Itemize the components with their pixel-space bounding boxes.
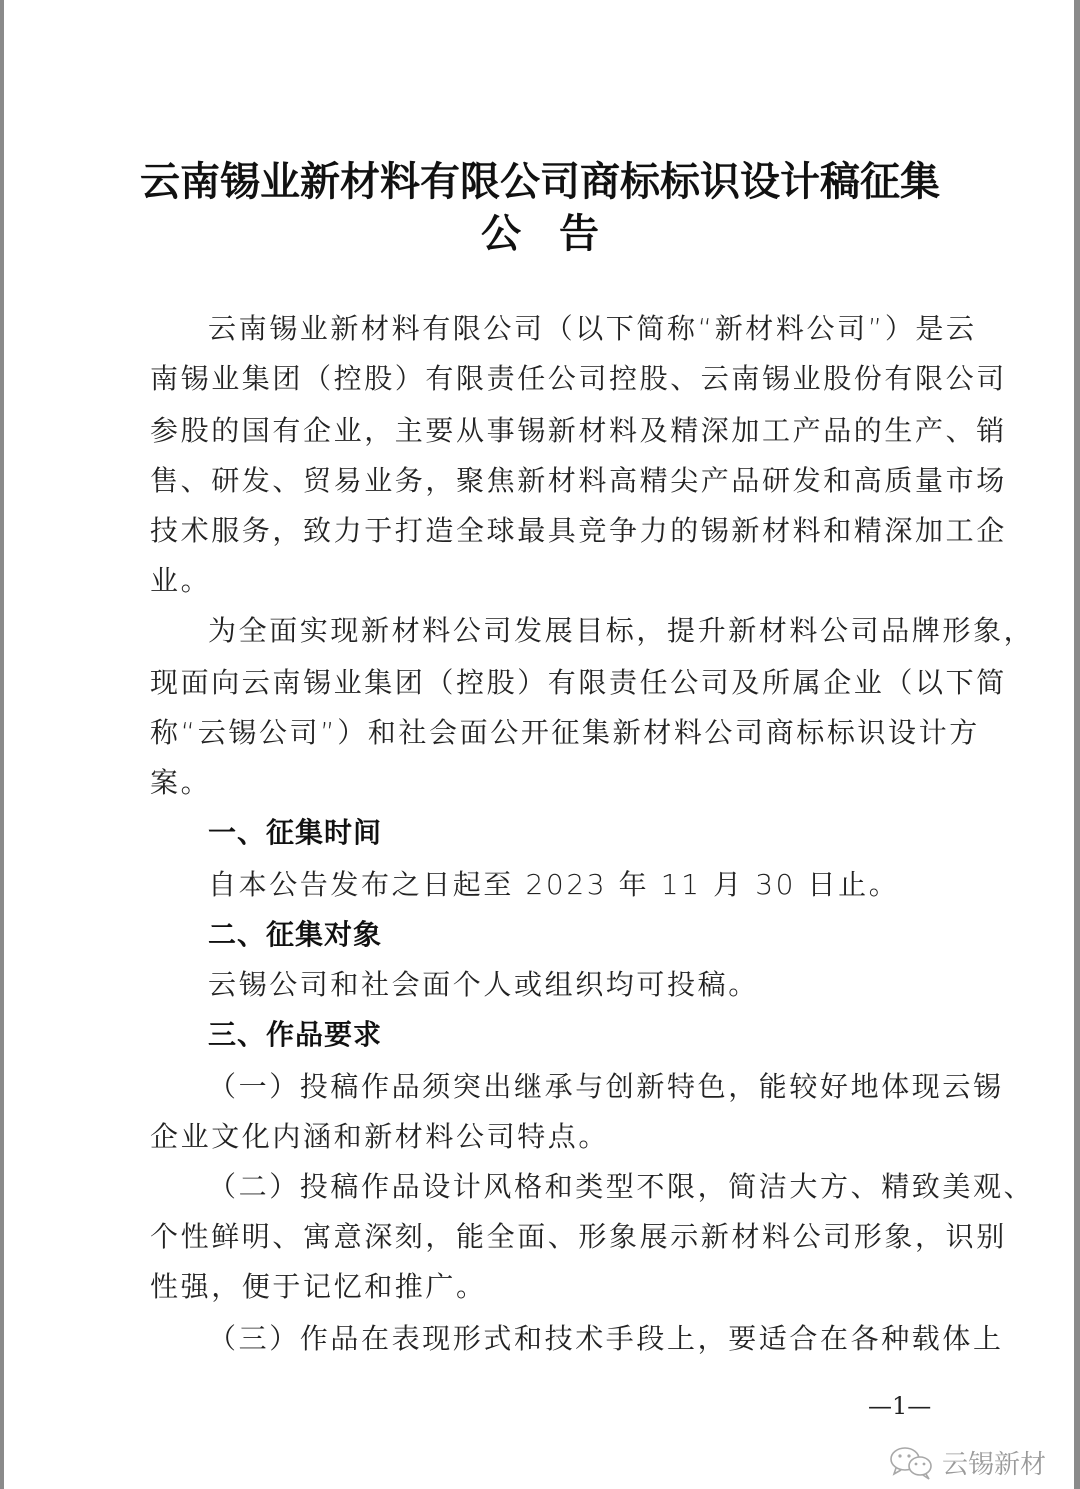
requirement-1-line-2: 企业文化内涵和新材料公司特点。	[150, 1120, 950, 1154]
document-page: 云南锡业新材料有限公司商标标识设计稿征集 公告 云南锡业新材料有限公司（以下简称…	[4, 0, 1074, 1489]
section-heading-collection-target: 二、征集对象	[208, 918, 382, 952]
section-body-collection-time: 自本公告发布之日起至 2023 年 11 月 30 日止。	[208, 868, 1008, 902]
wechat-watermark: 云锡新材	[888, 1444, 1046, 1481]
section-heading-collection-time: 一、征集时间	[208, 816, 382, 850]
paragraph-1-line-1: 云南锡业新材料有限公司（以下简称“新材料公司”）是云	[208, 312, 942, 346]
section-heading-work-requirements: 三、作品要求	[208, 1018, 382, 1052]
requirement-3-line-1: （三）作品在表现形式和技术手段上，要适合在各种载体上	[208, 1322, 942, 1356]
paragraph-1-line-2: 南锡业集团（控股）有限责任公司控股、云南锡业股份有限公司	[150, 362, 942, 396]
requirement-2-line-3: 性强，便于记忆和推广。	[150, 1270, 950, 1304]
requirement-1-line-1: （一）投稿作品须突出继承与创新特色，能较好地体现云锡	[208, 1070, 942, 1104]
paragraph-1-line-5: 技术服务，致力于打造全球最具竞争力的锡新材料和精深加工企	[150, 514, 942, 548]
document-title-subtitle: 公告	[0, 202, 1080, 259]
paragraph-2-line-2: 现面向云南锡业集团（控股）有限责任公司及所属企业（以下简	[150, 666, 942, 700]
section-body-collection-target: 云锡公司和社会面个人或组织均可投稿。	[208, 968, 1008, 1002]
paragraph-1-line-6: 业。	[150, 564, 950, 598]
paragraph-2-line-1: 为全面实现新材料公司发展目标，提升新材料公司品牌形象，	[208, 614, 942, 648]
paragraph-2-line-3: 称“云锡公司”）和社会面公开征集新材料公司商标标识设计方	[150, 716, 942, 750]
paragraph-2-line-4: 案。	[150, 766, 950, 800]
page-number: —1—	[868, 1392, 931, 1420]
wechat-account-name: 云锡新材	[942, 1444, 1046, 1481]
paragraph-1-line-3: 参股的国有企业，主要从事锡新材料及精深加工产品的生产、销	[150, 414, 942, 448]
document-title: 云南锡业新材料有限公司商标标识设计稿征集	[0, 150, 1080, 207]
requirement-2-line-1: （二）投稿作品设计风格和类型不限，简洁大方、精致美观、	[208, 1170, 942, 1204]
wechat-icon	[888, 1445, 936, 1481]
requirement-2-line-2: 个性鲜明、寓意深刻，能全面、形象展示新材料公司形象，识别	[150, 1220, 942, 1254]
paragraph-1-line-4: 售、研发、贸易业务，聚焦新材料高精尖产品研发和高质量市场	[150, 464, 942, 498]
